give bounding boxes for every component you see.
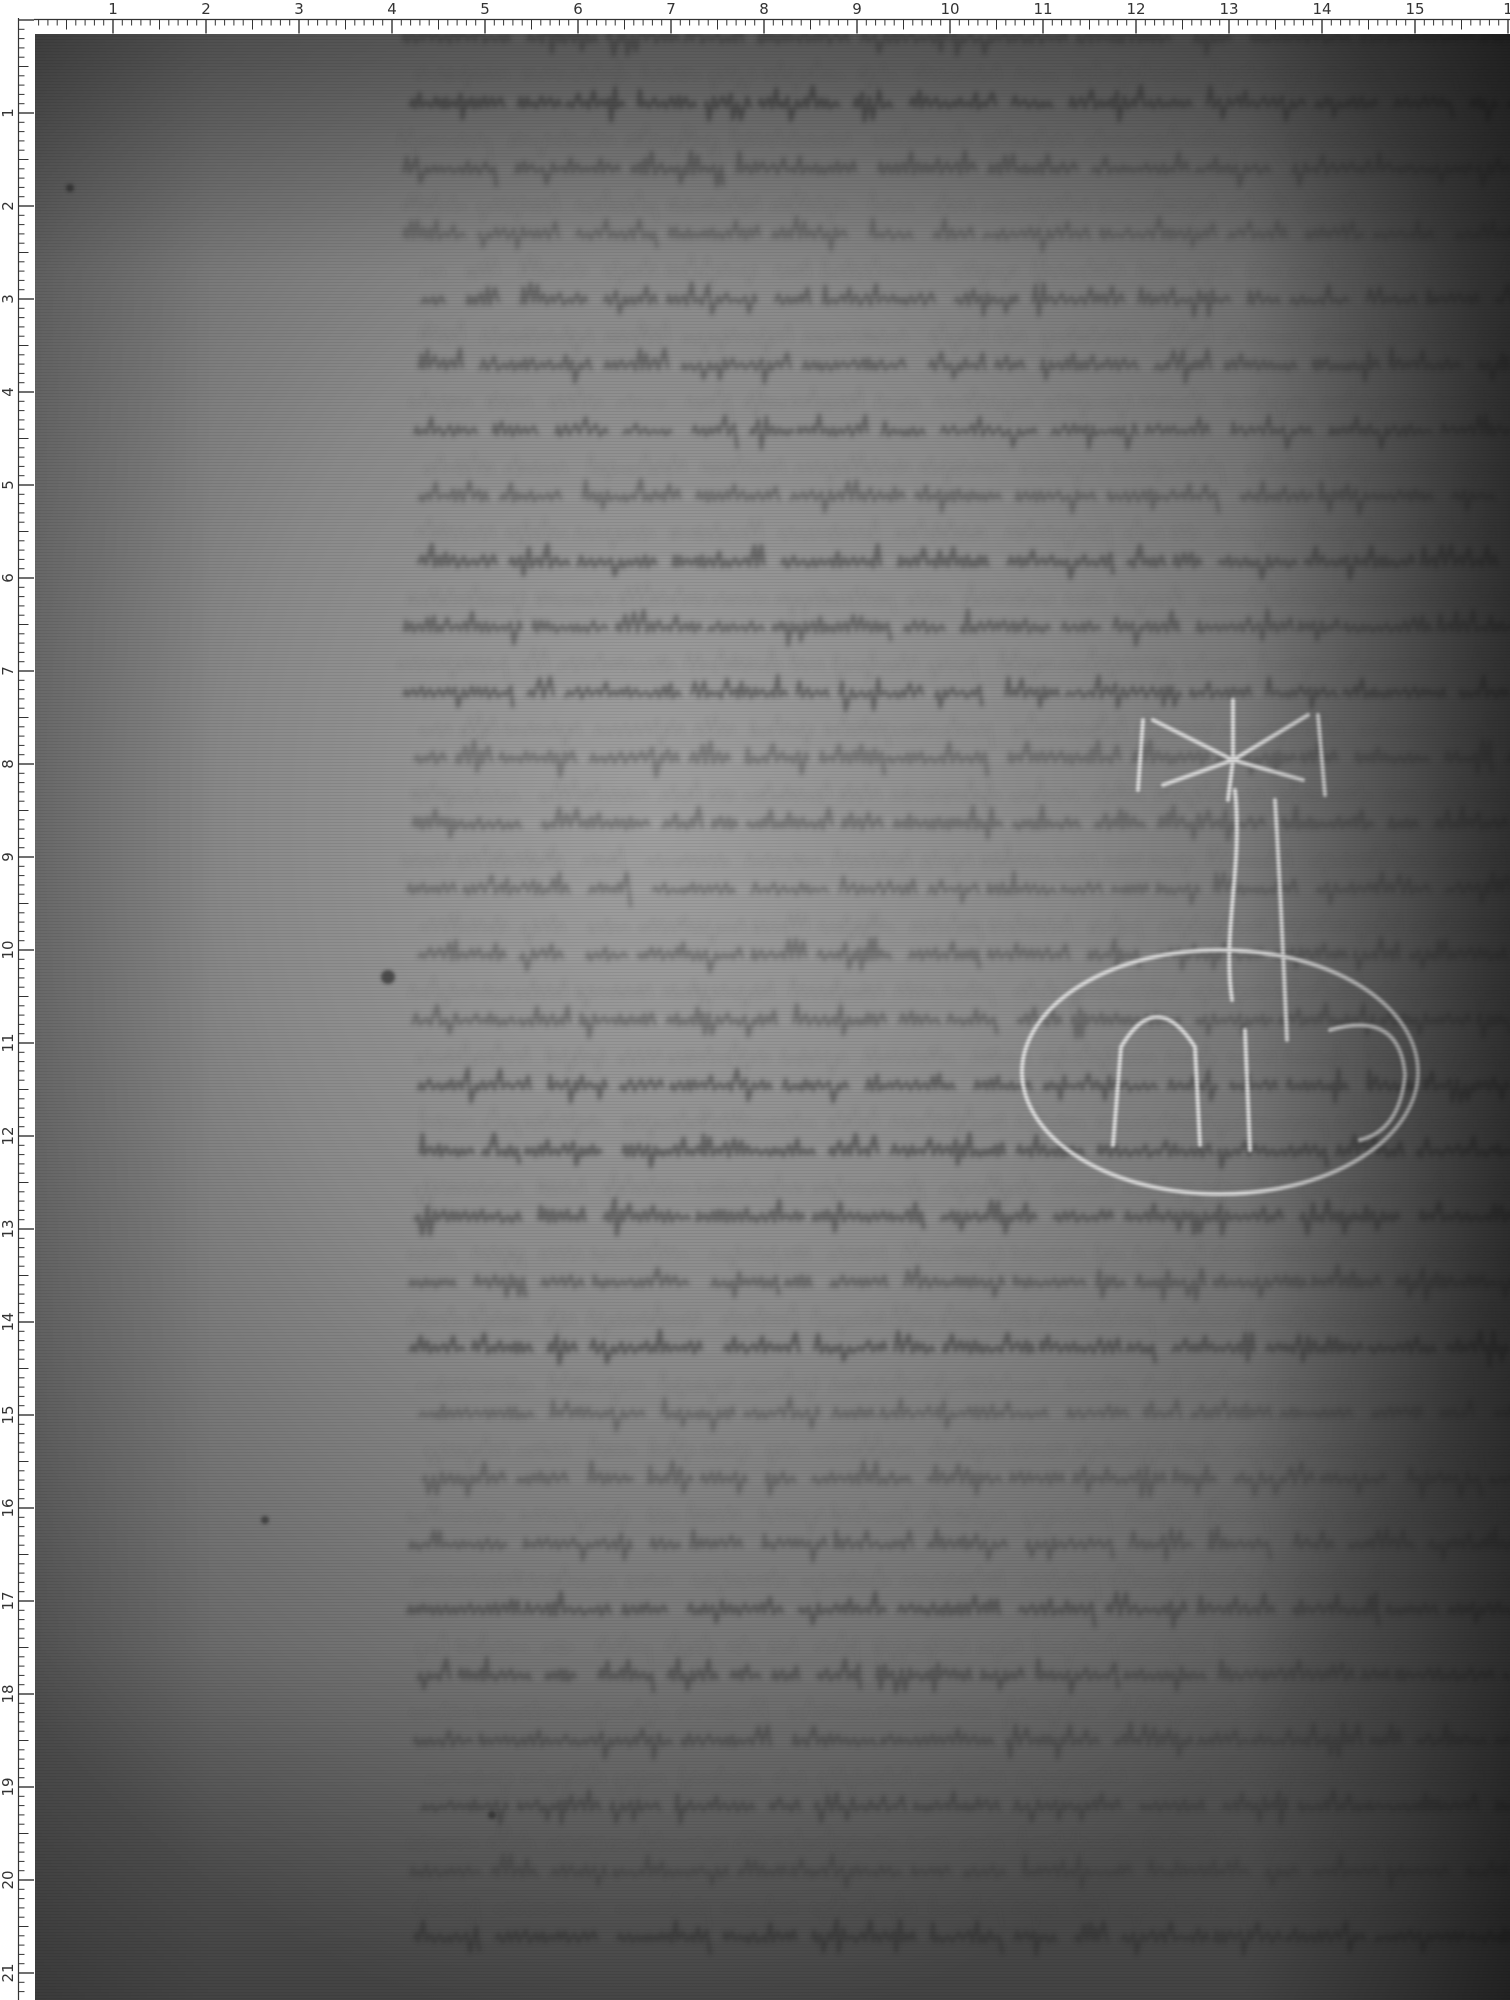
ruler-left-label: 15	[0, 1405, 17, 1424]
ruler-top-label: 15	[1405, 0, 1424, 18]
ruler-left-label: 9	[0, 852, 17, 862]
ruler-left-label: 5	[0, 480, 17, 490]
ruler-top-label: 1	[1503, 0, 1510, 18]
ruler-left-label: 18	[0, 1684, 17, 1703]
ruler-left-label: 17	[0, 1591, 17, 1610]
manuscript-canvas	[35, 34, 1510, 2000]
ruler-top-label: 1	[108, 0, 118, 18]
manuscript-image	[35, 34, 1510, 2000]
ruler-left-label: 1	[0, 108, 17, 118]
ruler-left-label: 3	[0, 294, 17, 304]
ruler-top-label: 8	[759, 0, 769, 18]
ruler-top-label: 5	[480, 0, 490, 18]
ruler-left-label: 11	[0, 1033, 17, 1052]
ruler-left-label: 21	[0, 1963, 17, 1982]
ruler-top-label: 14	[1312, 0, 1331, 18]
ruler-top-label: 9	[852, 0, 862, 18]
ruler-top-label: 10	[940, 0, 959, 18]
ruler-left-label: 12	[0, 1126, 17, 1145]
ruler-top-label: 11	[1033, 0, 1052, 18]
ruler-left-label: 19	[0, 1777, 17, 1796]
ruler-top-label: 3	[294, 0, 304, 18]
ruler-left-label: 6	[0, 573, 17, 583]
ruler-left-scale: 123456789101112131415161718192021	[0, 0, 34, 2000]
ruler-left-label: 13	[0, 1219, 17, 1238]
ruler-left-label: 14	[0, 1312, 17, 1331]
ruler-top-label: 2	[201, 0, 211, 18]
ruler-left: 123456789101112131415161718192021	[0, 0, 34, 2000]
ruler-top: 01234567891011121314151	[0, 0, 1510, 34]
ruler-left-label: 10	[0, 940, 17, 959]
ruler-left-label: 4	[0, 387, 17, 397]
ruler-top-label: 6	[573, 0, 583, 18]
ruler-top-label: 4	[387, 0, 397, 18]
ruler-top-label: 13	[1219, 0, 1238, 18]
ruler-left-label: 8	[0, 759, 17, 769]
ruler-top-label: 12	[1126, 0, 1145, 18]
ruler-left-label: 16	[0, 1498, 17, 1517]
ruler-top-label: 7	[666, 0, 676, 18]
ruler-left-label: 20	[0, 1870, 17, 1889]
ruler-left-label: 7	[0, 666, 17, 676]
ruler-left-label: 2	[0, 201, 17, 211]
ruler-top-scale: 01234567891011121314151	[0, 0, 1510, 34]
